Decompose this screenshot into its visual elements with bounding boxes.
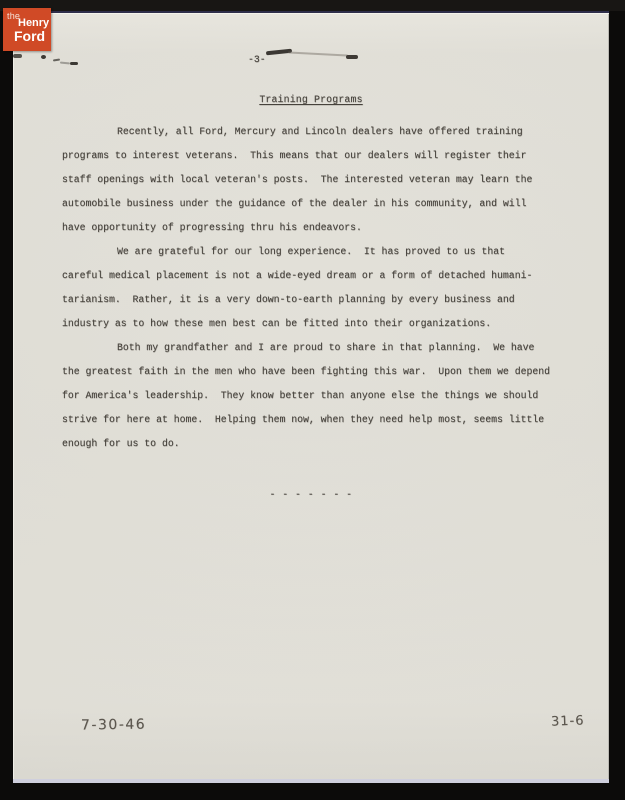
handwritten-reference: 31-6 — [551, 713, 585, 729]
ink-speck — [70, 62, 78, 65]
text-line: automobile business under the guidance o… — [62, 192, 572, 216]
text-line: the greatest faith in the men who have b… — [62, 360, 572, 384]
document-title: Training Programs — [259, 94, 362, 105]
document-page: -3- Training Programs Recently, all Ford… — [13, 11, 609, 783]
text-line: tarianism. Rather, it is a very down-to-… — [62, 288, 572, 312]
text-line: Both my grandfather and I are proud to s… — [62, 336, 572, 360]
ink-smudge — [266, 48, 371, 62]
text-line: industry as to how these men best can be… — [62, 312, 572, 336]
title-row: Training Programs — [13, 89, 609, 107]
document-body: Recently, all Ford, Mercury and Lincoln … — [62, 120, 572, 456]
page-number: -3- — [248, 54, 266, 65]
scan-background: -3- Training Programs Recently, all Ford… — [0, 0, 625, 800]
separator-dashes: - - - - - - - — [13, 483, 609, 507]
paragraph-medical-placement: We are grateful for our long experience.… — [62, 240, 572, 336]
ink-speck — [53, 59, 60, 62]
paragraph-training-programs: Recently, all Ford, Mercury and Lincoln … — [62, 120, 572, 240]
handwritten-date: 7-30-46 — [81, 717, 146, 734]
ink-speck — [13, 54, 22, 58]
text-line: Recently, all Ford, Mercury and Lincoln … — [62, 120, 572, 144]
henry-ford-logo: the Henry Ford — [3, 8, 51, 51]
text-line: have opportunity of progressing thru his… — [62, 216, 572, 240]
ink-speck — [41, 55, 46, 59]
paragraph-grandfather: Both my grandfather and I are proud to s… — [62, 336, 572, 456]
ink-speck — [60, 61, 70, 64]
logo-text-ford: Ford — [14, 29, 45, 43]
text-line: for America's leadership. They know bett… — [62, 384, 572, 408]
text-line: staff openings with local veteran's post… — [62, 168, 572, 192]
text-line: careful medical placement is not a wide-… — [62, 264, 572, 288]
text-line: We are grateful for our long experience.… — [62, 240, 572, 264]
text-line: enough for us to do. — [62, 432, 572, 456]
text-line: strive for here at home. Helping them no… — [62, 408, 572, 432]
text-line: programs to interest veterans. This mean… — [62, 144, 572, 168]
